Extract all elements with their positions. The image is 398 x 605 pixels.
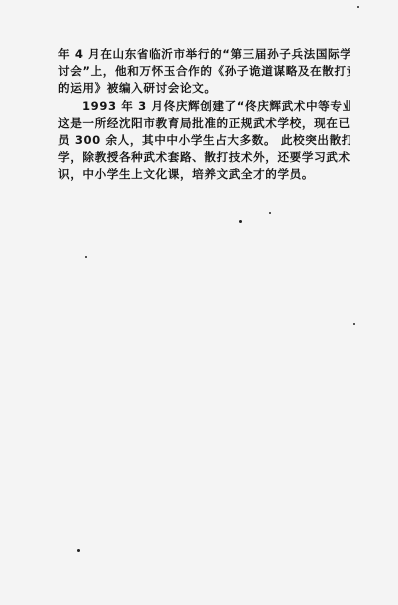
scan-speck xyxy=(239,220,242,223)
text-line: 年 4 月在山东省临沂市举行的“第三届孙子兵法国际学术研 xyxy=(58,46,350,63)
scan-speck xyxy=(269,212,271,214)
scan-speck xyxy=(85,256,87,258)
text-line: 识，中小学生上文化课，培养文武全才的学员。 xyxy=(58,166,350,183)
paragraph-1: 年 4 月在山东省临沂市举行的“第三届孙子兵法国际学术研 讨会”上，他和万怀玉合… xyxy=(58,46,350,98)
text-line: 学，除教授各种武术套路、散打技术外，还要学习武术理论知 xyxy=(58,149,350,166)
paragraph-2: 1993 年 3 月佟庆辉创建了“佟庆辉武术中等专业学校”， 这是一所经沈阳市教… xyxy=(58,98,350,184)
text-line: 员 300 余人，其中中小学生占大多数。 此校突出散打技术教 xyxy=(58,132,350,149)
text-line: 1993 年 3 月佟庆辉创建了“佟庆辉武术中等专业学校”， xyxy=(58,98,350,115)
scanned-page: 年 4 月在山东省临沂市举行的“第三届孙子兵法国际学术研 讨会”上，他和万怀玉合… xyxy=(0,0,398,605)
text-line: 这是一所经沈阳市教育局批准的正规武术学校，现在已有学 xyxy=(58,115,350,132)
scan-speck xyxy=(353,323,355,325)
scan-speck xyxy=(357,6,359,8)
body-text: 年 4 月在山东省临沂市举行的“第三届孙子兵法国际学术研 讨会”上，他和万怀玉合… xyxy=(58,46,350,184)
text-line: 的运用》被编入研讨会论文。 xyxy=(58,80,350,97)
scan-speck xyxy=(77,549,80,552)
text-line: 讨会”上，他和万怀玉合作的《孙子诡道谋略及在散打竞技中 xyxy=(58,63,350,80)
